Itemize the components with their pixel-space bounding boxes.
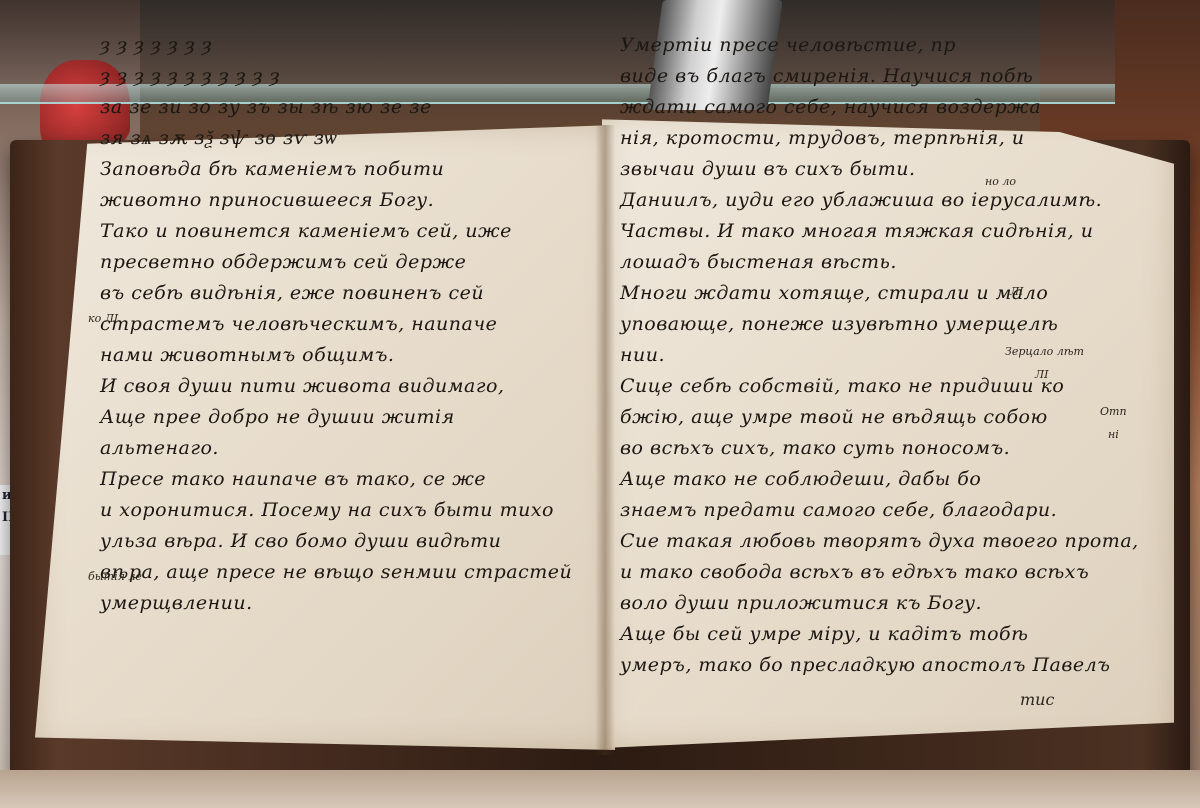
manuscript-line: И своя души пити живота видимаго, [100,371,572,402]
margin-note: бытія ле [88,570,142,583]
margin-note: Отп [1100,405,1127,418]
manuscript-line: страстемъ человѣческимъ, наипаче [100,309,572,340]
margin-note: ЛІ [1010,285,1024,298]
book-gutter [595,125,615,755]
manuscript-line: во всѣхъ сихъ, тако суть поносомъ. [620,433,1139,464]
manuscript-line: лошадъ быстеная вѣсть. [620,247,1139,278]
manuscript-line: знаемъ предати самого себе, благодари. [620,495,1139,526]
manuscript-line: зя зѧ зѫ зѯ зѱ зѳ зѵ зѡ [100,123,572,154]
manuscript-line: Сице себѣ собствій, тако не придиши ко [620,371,1139,402]
manuscript-line: нія, кротости, трудовъ, терпѣнія, и [620,123,1139,154]
manuscript-line: за зе зи зо зу зъ зы зѣ зю зе зе [100,92,572,123]
page-number-mark: тис [1020,690,1054,709]
manuscript-line: животно приносившееся Богу. [100,185,572,216]
manuscript-line: Частвы. И тако многая тяжкая сидѣнія, и [620,216,1139,247]
manuscript-line: Умертіи пресе человѣстие, пр [620,30,1139,61]
margin-note: Зерцало лѣт [1005,345,1084,358]
manuscript-line: и хоронитися. Посему на сихъ быти тихо [100,495,572,526]
manuscript-line: умеръ, тако бо пресладкую апостолъ Павел… [620,650,1139,681]
manuscript-line: вѣра, аще пресе не вѣщо ѕенмии страстей [100,557,572,588]
manuscript-line: Аще бы сей умре міру, и кадітъ тобѣ [620,619,1139,650]
manuscript-line: Даниилъ, иуди его ублажиша во іерусалимѣ… [620,185,1139,216]
manuscript-line: Аще прее добро не душии житія [100,402,572,433]
manuscript-line: пресветно обдержимъ сей держе [100,247,572,278]
museum-scene: ись. III в ȝ ȝ ȝ ȝ ȝ ȝ ȝȝ ȝ ȝ ȝ ȝ ȝ ȝ ȝ … [0,0,1200,808]
manuscript-line: умерщвлении. [100,588,572,619]
manuscript-line: альтенаго. [100,433,572,464]
manuscript-line: воло души приложитися къ Богу. [620,588,1139,619]
margin-note: ні [1108,428,1119,441]
manuscript-line: бжію, аще умре твой не вѣдящь собою [620,402,1139,433]
shelf-base [0,770,1200,808]
manuscript-line: виде въ благъ смиренія. Научися побѣ [620,61,1139,92]
manuscript-line: уповающе, понеже изувѣтно умерщелѣ [620,309,1139,340]
manuscript-line: нами животнымъ общимъ. [100,340,572,371]
manuscript-line: звычаи души въ сихъ быти. [620,154,1139,185]
manuscript-line: въ себѣ видѣнія, еже повиненъ сей [100,278,572,309]
manuscript-line: Заповѣда бѣ каменіемъ побити [100,154,572,185]
manuscript-line: ȝ ȝ ȝ ȝ ȝ ȝ ȝ ȝ ȝ ȝ ȝ [100,61,572,92]
manuscript-line: ульза вѣра. И сво бомо души видѣти [100,526,572,557]
manuscript-line: Пресе тако наипаче въ тако, се же [100,464,572,495]
manuscript-line: и тако свобода всѣхъ въ едѣхъ тако всѣхъ [620,557,1139,588]
manuscript-line: Многи ждати хотяще, стирали и мало [620,278,1139,309]
manuscript-line: Сие такая любовь творятъ духа твоего про… [620,526,1139,557]
manuscript-line: Аще тако не соблюдеши, дабы бо [620,464,1139,495]
manuscript-line: ждати самого себе, научися воздержа [620,92,1139,123]
manuscript-line: ȝ ȝ ȝ ȝ ȝ ȝ ȝ [100,30,572,61]
manuscript-line: Тако и повинется каменіемъ сей, иже [100,216,572,247]
left-page-text: ȝ ȝ ȝ ȝ ȝ ȝ ȝȝ ȝ ȝ ȝ ȝ ȝ ȝ ȝ ȝ ȝ ȝза зе … [100,30,572,619]
margin-note: но ло [985,175,1016,188]
margin-note: ко ЛІ [88,312,118,325]
margin-note: ЛІ [1035,368,1049,381]
